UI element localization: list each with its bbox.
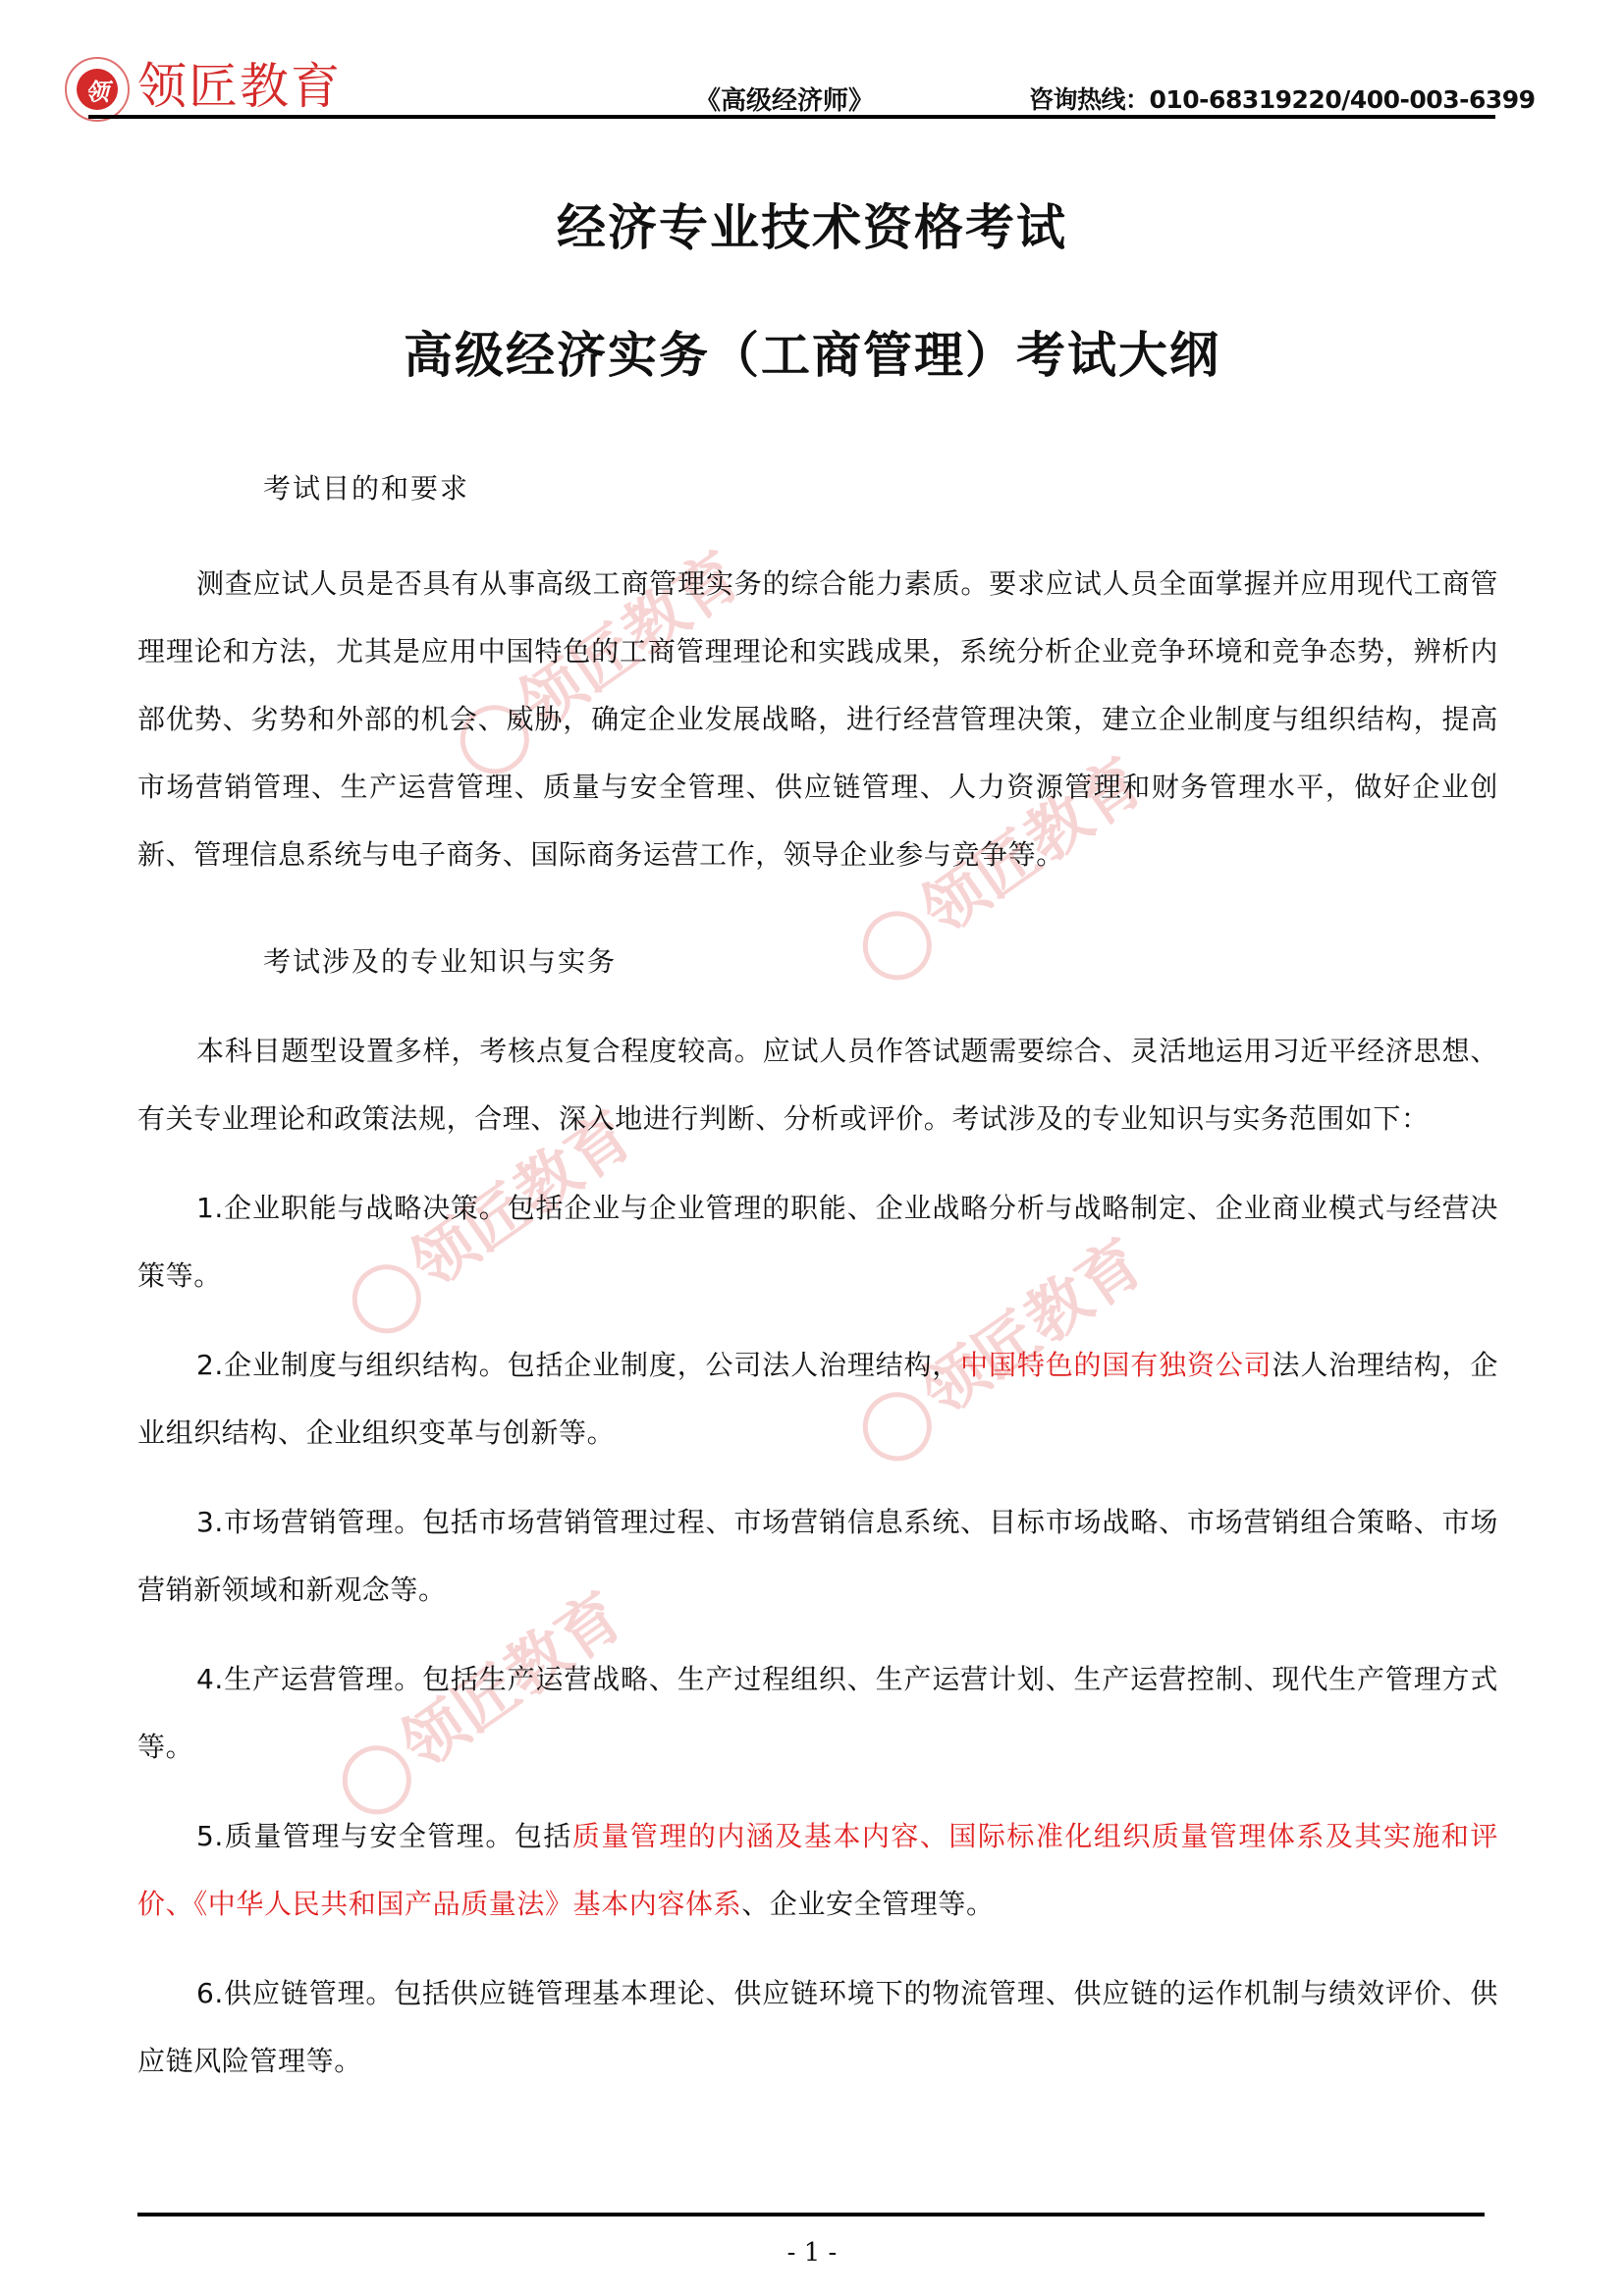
logo-seal-glyph: 领 (77, 69, 118, 110)
book-title: 《高级经济师》 (695, 80, 874, 117)
list-item-3: 3.市场营销管理。包括市场营销管理过程、市场营销信息系统、目标市场战略、市场营销… (137, 1488, 1498, 1624)
paragraph-intro: 本科目题型设置多样，考核点复合程度较高。应试人员作答试题需要综合、灵活地运用习近… (137, 1017, 1498, 1152)
logo-seal-icon: 领 (65, 57, 130, 122)
list-item-1: 1.企业职能与战略决策。包括企业与企业管理的职能、企业战略分析与战略制定、企业商… (137, 1174, 1498, 1309)
page-header: 领 领匠教育 《高级经济师》 咨询热线：010-68319220/400-003… (0, 0, 1624, 128)
document-title-line-1: 经济专业技术资格考试 (0, 188, 1624, 259)
header-divider (88, 115, 1495, 119)
hotline: 咨询热线：010-68319220/400-003-6399 (1029, 80, 1536, 116)
section-purpose: 考试目的和要求 (137, 467, 1498, 507)
list-item-2: 2.企业制度与组织结构。包括企业制度，公司法人治理结构，中国特色的国有独资公司法… (137, 1331, 1498, 1467)
paragraph: 测查应试人员是否具有从事高级工商管理实务的综合能力素质。要求应试人员全面掌握并应… (137, 550, 1498, 888)
footer-divider (137, 2213, 1485, 2216)
page-number: - 1 - (0, 2238, 1624, 2268)
list-item-4: 4.生产运营管理。包括生产运营战略、生产过程组织、生产运营计划、生产运营控制、现… (137, 1645, 1498, 1781)
section-knowledge: 考试涉及的专业知识与实务 (137, 940, 1498, 980)
brand-name: 领匠教育 (137, 57, 342, 116)
section-purpose-body: 测查应试人员是否具有从事高级工商管理实务的综合能力素质。要求应试人员全面掌握并应… (137, 550, 1498, 888)
section-heading: 考试涉及的专业知识与实务 (137, 940, 1498, 980)
list-item-6: 6.供应链管理。包括供应链管理基本理论、供应链环境下的物流管理、供应链的运作机制… (137, 1959, 1498, 2095)
highlighted-text: 中国特色的国有独资公司 (960, 1349, 1272, 1381)
section-knowledge-body: 本科目题型设置多样，考核点复合程度较高。应试人员作答试题需要综合、灵活地运用习近… (137, 1017, 1498, 2095)
document-title-line-2: 高级经济实务（工商管理）考试大纲 (0, 316, 1624, 387)
list-item-5: 5.质量管理与安全管理。包括质量管理的内涵及基本内容、国际标准化组织质量管理体系… (137, 1802, 1498, 1938)
section-heading: 考试目的和要求 (137, 467, 1498, 507)
